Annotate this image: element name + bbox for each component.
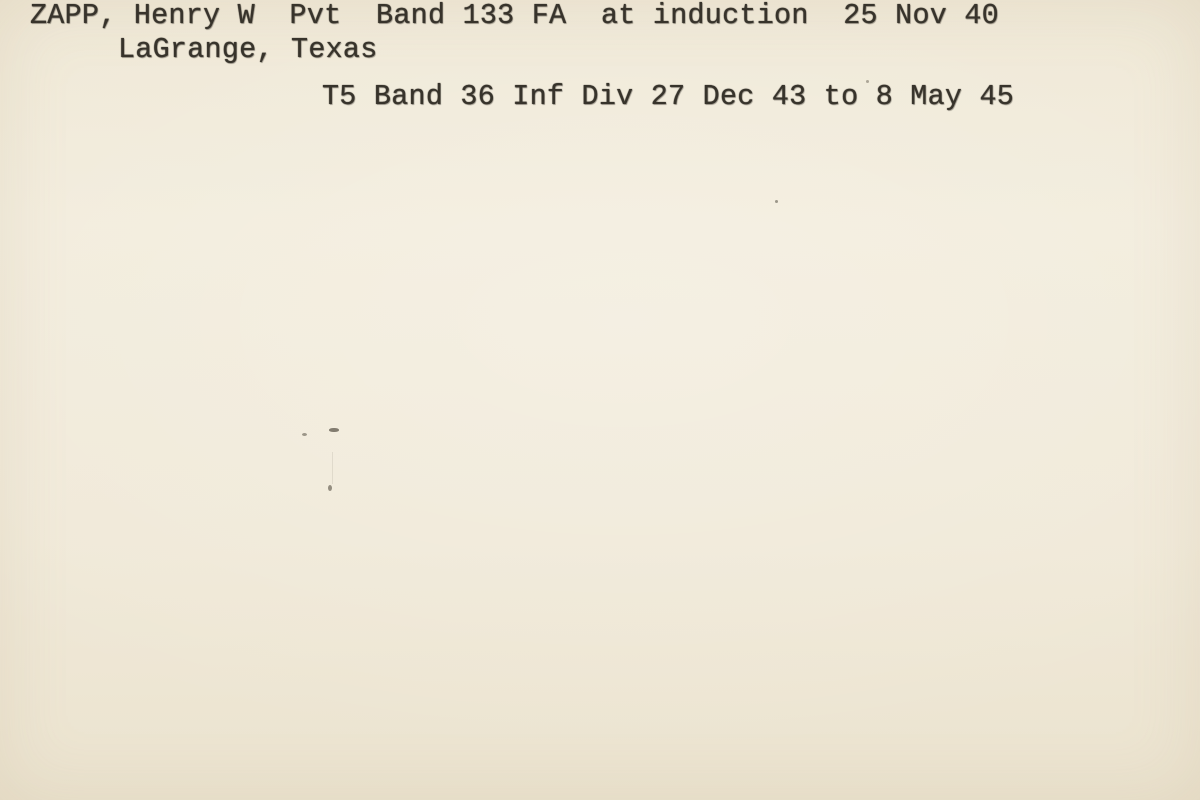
ink-speck	[332, 452, 333, 484]
typewritten-line-service-dates: T5 Band 36 Inf Div 27 Dec 43 to 8 May 45	[322, 83, 1014, 112]
ink-speck	[775, 200, 778, 203]
typewritten-line-hometown: LaGrange, Texas	[118, 36, 378, 65]
ink-speck	[302, 433, 307, 436]
scanned-card: ZAPP, Henry W Pvt Band 133 FA at inducti…	[0, 0, 1200, 800]
typewritten-line-name-rank-unit: ZAPP, Henry W Pvt Band 133 FA at inducti…	[30, 2, 999, 31]
ink-speck	[328, 485, 332, 491]
ink-speck	[329, 428, 339, 432]
